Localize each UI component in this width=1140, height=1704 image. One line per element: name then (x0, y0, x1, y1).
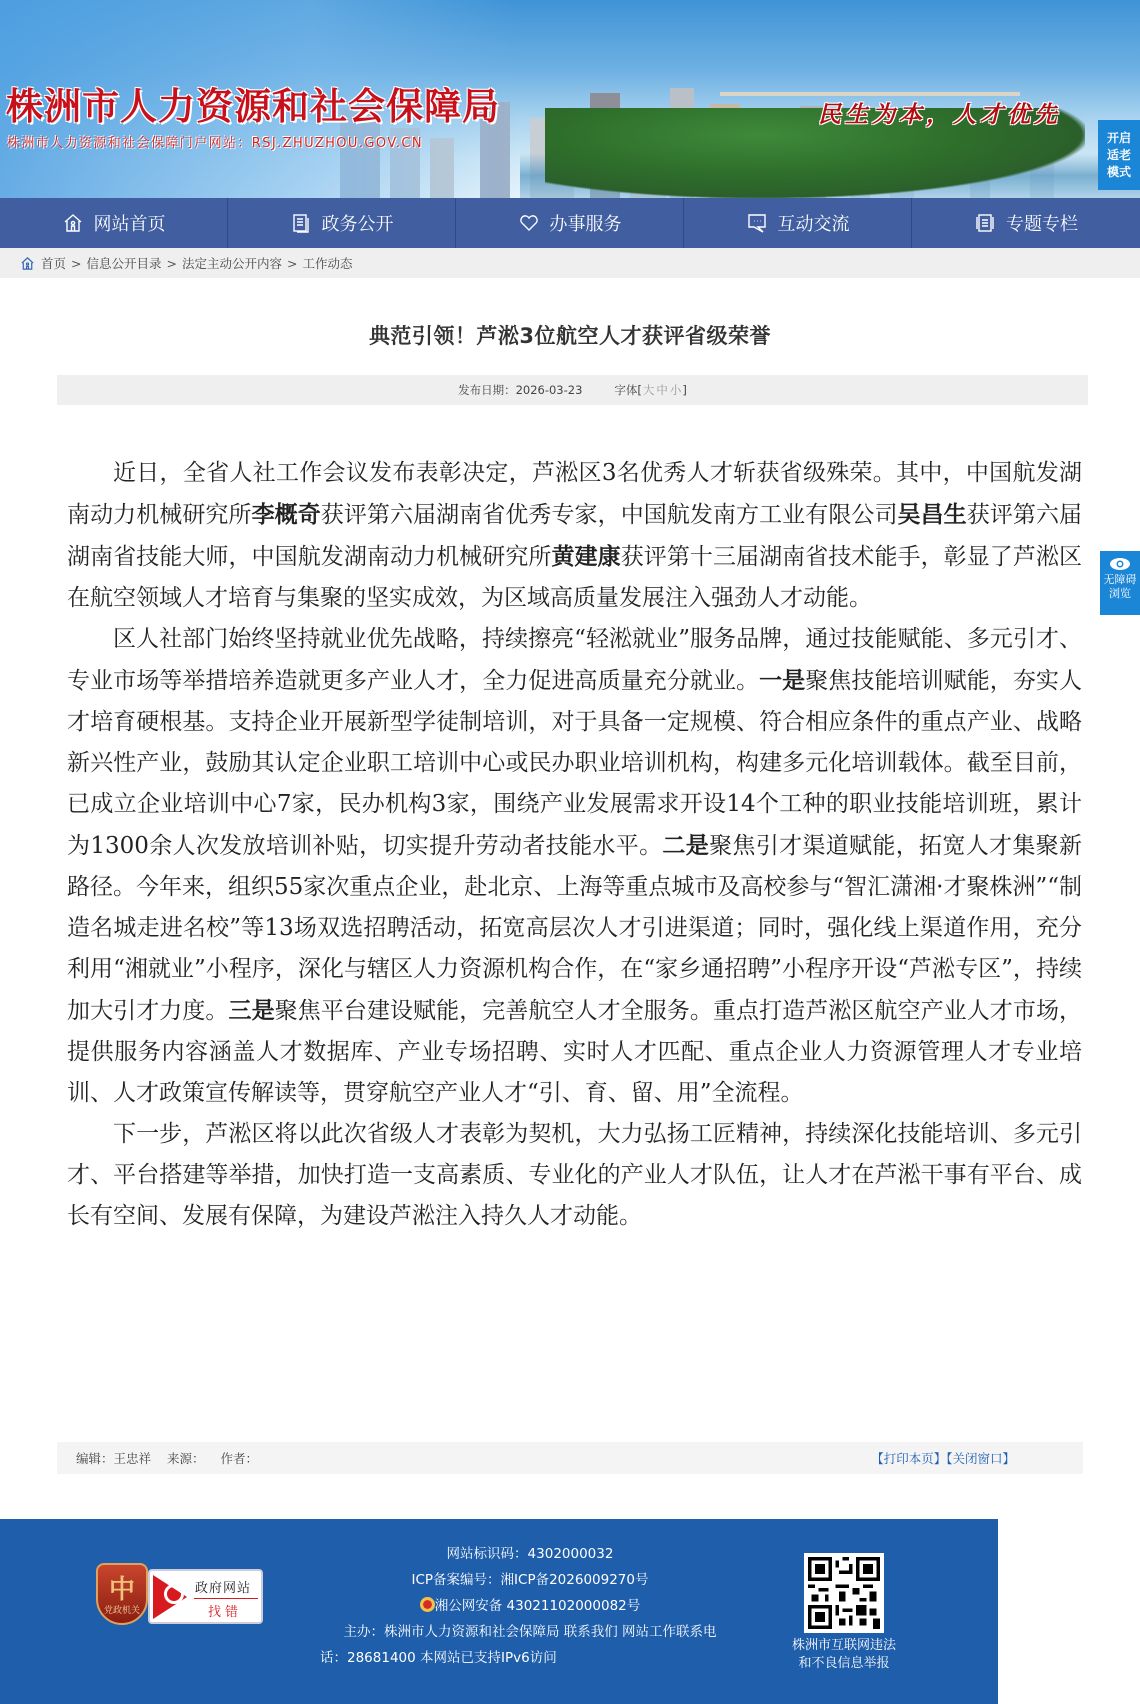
close-window-link[interactable]: 【关闭窗口】 (946, 1451, 1015, 1466)
emphasis-text: 黄建康 (551, 543, 620, 570)
police-record[interactable]: 湘公网安备 43021102000082号 (300, 1593, 760, 1619)
emphasis-text: 二是 (662, 832, 709, 859)
font-size-label: 字体[ (614, 382, 642, 398)
site-subtitle: 株洲市人力资源和社会保障门户网站：RSJ.ZHUZHOU.GOV.CN (7, 132, 423, 151)
breadcrumb-work-news[interactable]: 工作动态 (303, 254, 353, 272)
report-error-badge[interactable]: 政府网站 找错 (148, 1569, 263, 1624)
article-footer-bar: 编辑： 王忠祥 来源： 作者： 【打印本页】【关闭窗口】 (57, 1442, 1083, 1474)
home-icon (62, 212, 84, 234)
paragraph-text: 聚焦技能培训赋能，夯实人才培育硬根基。支持企业开展新型学徒制培训，对于具备一定规… (67, 668, 1082, 859)
nav-label: 政务公开 (322, 210, 394, 236)
font-size-large[interactable]: 大 (643, 382, 655, 398)
site-footer: 中 党政机关 政府网站 找错 网站标识码：4302000032 ICP备案编号：… (0, 1519, 998, 1704)
site-title: 株洲市人力资源和社会保障局 (6, 76, 500, 130)
breadcrumb-separator: > (287, 256, 297, 271)
site-slogan: 民生为本，人才优先 (818, 96, 1061, 129)
article-meta: 发布日期： 2026-03-23 字体[ 大 中 小 ] (57, 375, 1088, 405)
elder-mode-label-2: 适老 (1098, 147, 1140, 164)
nav-label: 互动交流 (778, 210, 850, 236)
editor-name: 王忠祥 (114, 1449, 152, 1467)
nav-label: 专题专栏 (1006, 210, 1078, 236)
elder-mode-button[interactable]: 开启 适老 模式 (1098, 120, 1140, 190)
qr-code-icon (808, 1557, 880, 1629)
chat-icon (746, 212, 768, 234)
accessibility-label-1: 无障碍 (1100, 573, 1140, 587)
icp-text: ICP备案编号：湘ICP备2026009270号 (412, 1572, 649, 1588)
nav-item-topics[interactable]: 专题专栏 (912, 198, 1140, 248)
publish-date-label: 发布日期： (458, 382, 516, 398)
police-text: 湘公网安备 43021102000082号 (435, 1598, 641, 1614)
publish-date: 2026-03-23 (516, 383, 583, 397)
emphasis-text: 三是 (229, 997, 275, 1024)
police-badge-icon (420, 1597, 435, 1612)
emphasis-text: 李概奇 (252, 501, 321, 528)
icp-record[interactable]: ICP备案编号：湘ICP备2026009270号 (300, 1567, 760, 1593)
party-government-badge[interactable]: 中 党政机关 (96, 1563, 148, 1625)
paragraph-text: 聚焦引才渠道赋能，拓宽人才集聚新路径。今年来，组织55家次重点企业，赴北京、上海… (67, 833, 1082, 1024)
report-line-2: 和不良信息举报 (780, 1655, 908, 1673)
article-title: 典范引领！芦淞3位航空人才获评省级荣誉 (0, 320, 1140, 350)
phone-info: 话：28681400 本网站已支持IPv6访问 (300, 1645, 760, 1671)
breadcrumb-info-catalog[interactable]: 信息公开目录 (87, 254, 162, 272)
site-banner: 株洲市人力资源和社会保障局 株洲市人力资源和社会保障门户网站：RSJ.ZHUZH… (0, 0, 1140, 198)
accessibility-label-2: 浏览 (1100, 587, 1140, 601)
breadcrumb-mandatory-content[interactable]: 法定主动公开内容 (182, 254, 282, 272)
host-info: 主办：株洲市人力资源和社会保障局 联系我们 网站工作联系电 (300, 1619, 760, 1645)
nav-item-interaction[interactable]: 互动交流 (684, 198, 912, 248)
breadcrumb-separator: > (71, 256, 81, 271)
elder-mode-label-3: 模式 (1098, 164, 1140, 181)
article-paragraph: 区人社部门始终坚持就业优先战略，持续擦亮“轻淞就业”服务品牌，通过技能赋能、多元… (67, 619, 1082, 1114)
paragraph-text: 下一步，芦淞区将以此次省级人才表彰为契机，大力弘扬工匠精神，持续深化技能培训、多… (67, 1121, 1082, 1229)
print-page-link[interactable]: 【打印本页】 (871, 1451, 946, 1466)
source-label: 来源： (167, 1449, 205, 1467)
article-paragraph: 下一步，芦淞区将以此次省级人才表彰为契机，大力弘扬工匠精神，持续深化技能培训、多… (67, 1114, 1082, 1237)
list-icon (974, 212, 996, 234)
document-icon (290, 212, 312, 234)
emphasis-text: 一是 (759, 667, 805, 694)
report-line-1: 株洲市互联网违法 (780, 1637, 908, 1655)
error-badge-title: 政府网站 (195, 1577, 251, 1596)
breadcrumb-separator: > (167, 256, 177, 271)
nav-item-services[interactable]: 办事服务 (456, 198, 684, 248)
breadcrumb-home[interactable]: 首页 (41, 254, 66, 272)
author-label: 作者： (221, 1449, 259, 1467)
accessibility-button[interactable]: 无障碍 浏览 (1100, 551, 1140, 615)
nav-label: 网站首页 (94, 210, 166, 236)
party-emblem-icon: 中 (98, 1569, 146, 1606)
article-paragraph: 近日，全省人社工作会议发布表彰决定，芦淞区3名优秀人才斩获省级殊荣。其中，中国航… (67, 453, 1082, 619)
font-size-small[interactable]: 小 (670, 382, 682, 398)
magnifier-icon (164, 1584, 184, 1604)
eye-icon (1109, 557, 1131, 571)
font-size-medium[interactable]: 中 (656, 382, 668, 398)
nav-label: 办事服务 (550, 210, 622, 236)
site-code: 网站标识码：4302000032 (300, 1541, 760, 1567)
paragraph-text: 获评第六届湖南省优秀专家，中国航发南方工业有限公司 (321, 502, 898, 528)
heart-icon (518, 212, 540, 234)
article-actions: 【打印本页】【关闭窗口】 (871, 1449, 1015, 1467)
article-body: 近日，全省人社工作会议发布表彰决定，芦淞区3名优秀人才斩获省级殊荣。其中，中国航… (67, 453, 1082, 1237)
nav-item-home[interactable]: 网站首页 (0, 198, 228, 248)
main-nav: 网站首页 政务公开 办事服务 互动交流 专题专栏 (0, 198, 1140, 248)
footer-info: 网站标识码：4302000032 ICP备案编号：湘ICP备2026009270… (300, 1541, 760, 1671)
home-icon (20, 256, 35, 271)
breadcrumb: 首页 > 信息公开目录 > 法定主动公开内容 > 工作动态 (0, 248, 1140, 278)
elder-mode-label-1: 开启 (1098, 130, 1140, 147)
nav-item-government[interactable]: 政务公开 (228, 198, 456, 248)
font-size-close: ] (682, 383, 687, 397)
error-badge-subtitle: 找错 (208, 1601, 242, 1620)
editor-label: 编辑： (76, 1449, 114, 1467)
report-qr-code (804, 1553, 884, 1633)
party-badge-label: 党政机关 (98, 1603, 146, 1616)
emphasis-text: 吴昌生 (898, 501, 967, 528)
report-info[interactable]: 株洲市互联网违法 和不良信息举报 (780, 1637, 908, 1673)
